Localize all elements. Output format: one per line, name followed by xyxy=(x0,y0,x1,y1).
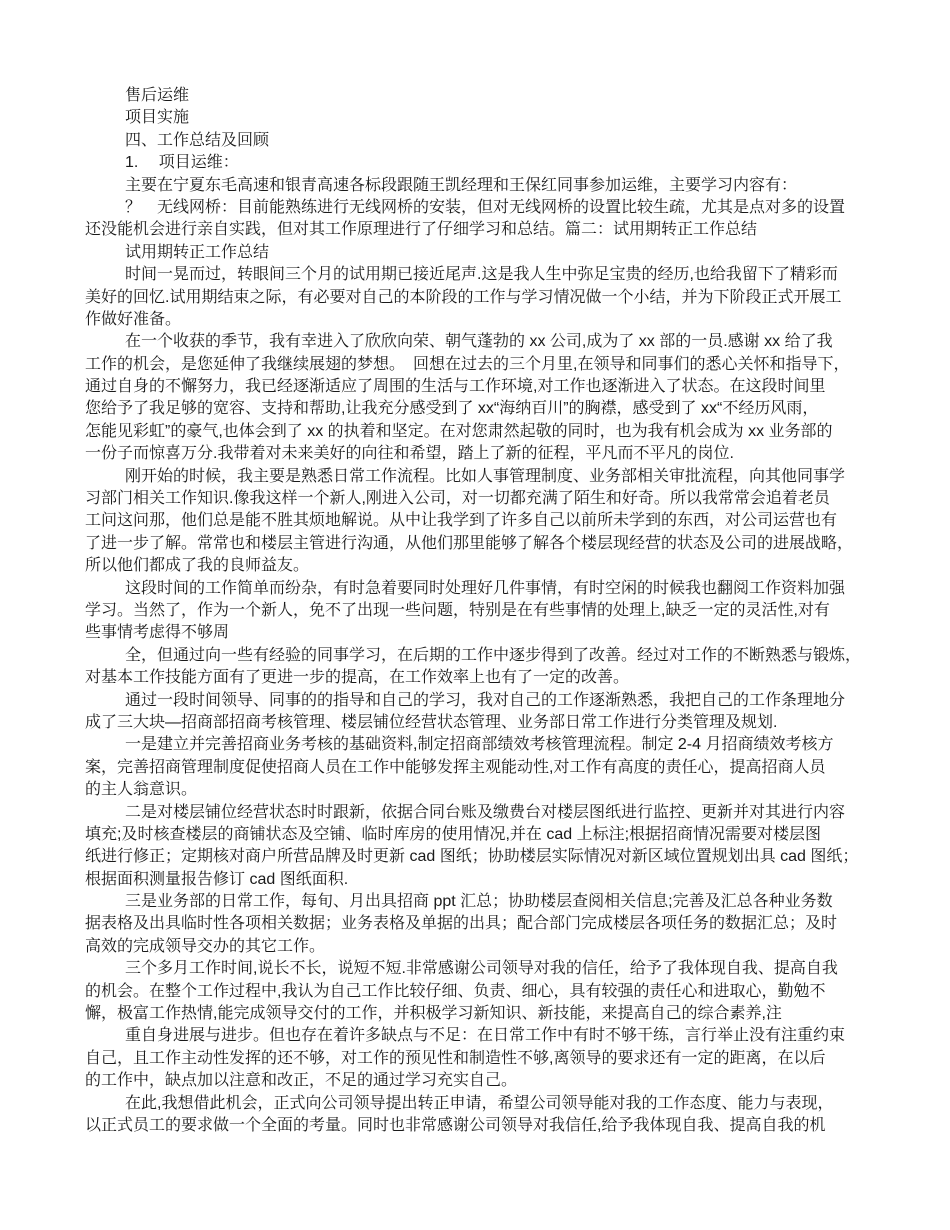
text-line: 1. 项目运维： xyxy=(85,152,885,174)
text-line: 通过一段时间领导、同事的的指导和自己的学习，我对自己的工作逐渐熟悉，我把自己的工… xyxy=(85,690,885,712)
text-line: 怎能见彩虹”的豪气,也体会到了 xx 的执着和坚定。在对您肃然起敬的同时，也为我… xyxy=(85,421,885,443)
text-line: 美好的回忆.试用期结束之际，有必要对自己的本阶段的工作与学习情况做一个小结，并为… xyxy=(85,287,885,309)
text-line: 填充;及时核查楼层的商铺状态及空铺、临时库房的使用情况,并在 cad 上标注;根… xyxy=(85,824,885,846)
text-line: 通过自身的不懈努力，我已经逐渐适应了周围的生活与工作环境,对工作也逐渐进入了状态… xyxy=(85,376,885,398)
text-line: 的主人翁意识。 xyxy=(85,779,885,801)
text-line: 时间一晃而过，转眼间三个月的试用期已接近尾声.这是我人生中弥足宝贵的经历,也给我… xyxy=(85,264,885,286)
text-line: 还没能机会进行亲自实践，但对其工作原理进行了仔细学习和总结。篇二：试用期转正工作… xyxy=(85,219,885,241)
text-line: ？ 无线网桥：目前能熟练进行无线网桥的安装，但对无线网桥的设置比较生疏，尤其是点… xyxy=(85,197,885,219)
text-line: 试用期转正工作总结 xyxy=(85,242,885,264)
text-line: 作做好准备。 xyxy=(85,309,885,331)
text-line: 一是建立并完善招商业务考核的基础资料,制定招商部绩效考核管理流程。制定 2-4 … xyxy=(85,734,885,756)
text-line: 纸进行修正；定期核对商户所营品牌及时更新 cad 图纸；协助楼层实际情况对新区域… xyxy=(85,846,885,868)
text-line: 的机会。在整个工作过程中,我认为自己工作比较仔细、负责、细心，具有较强的责任心和… xyxy=(85,981,885,1003)
text-line: 根据面积测量报告修订 cad 图纸面积. xyxy=(85,869,885,891)
text-line: 对基本工作技能方面有了更进一步的提高，在工作效率上也有了一定的改善。 xyxy=(85,667,885,689)
text-line: 自己，且工作主动性发挥的还不够，对工作的预见性和制造性不够,离领导的要求还有一定… xyxy=(85,1048,885,1070)
document-page: 售后运维项目实施四、工作总结及回顾1. 项目运维：主要在宁夏东毛高速和银青高速各… xyxy=(0,0,950,1230)
text-line: 以正式员工的要求做一个全面的考量。同时也非常感谢公司领导对我信任,给予我体现自我… xyxy=(85,1115,885,1137)
text-line: 四、工作总结及回顾 xyxy=(85,130,885,152)
text-line: 在此,我想借此机会，正式向公司领导提出转正申请，希望公司领导能对我的工作态度、能… xyxy=(85,1093,885,1115)
text-line: 成了三大块—招商部招商考核管理、楼层铺位经营状态管理、业务部日常工作进行分类管理… xyxy=(85,712,885,734)
text-line: 这段时间的工作简单而纷杂，有时急着要同时处理好几件事情，有时空闲的时候我也翻阅工… xyxy=(85,578,885,600)
text-line: 工问这问那，他们总是能不胜其烦地解说。从中让我学到了许多自己以前所未学到的东西，… xyxy=(85,510,885,532)
text-line: 三个多月工作时间,说长不长，说短不短.非常感谢公司领导对我的信任，给予了我体现自… xyxy=(85,958,885,980)
text-line: 主要在宁夏东毛高速和银青高速各标段跟随王凯经理和王保红同事参加运维，主要学习内容… xyxy=(85,175,885,197)
document-lines: 售后运维项目实施四、工作总结及回顾1. 项目运维：主要在宁夏东毛高速和银青高速各… xyxy=(85,85,885,1137)
text-line: 刚开始的时候，我主要是熟悉日常工作流程。比如人事管理制度、业务部相关审批流程，向… xyxy=(85,466,885,488)
text-line: 工作的机会，是您延伸了我继续展翅的梦想。 回想在过去的三个月里,在领导和同事们的… xyxy=(85,354,885,376)
text-line: 全，但通过向一些有经验的同事学习，在后期的工作中逐步得到了改善。经过对工作的不断… xyxy=(85,645,885,667)
text-line: 了进一步了解。常常也和楼层主管进行沟通，从他们那里能够了解各个楼层现经营的状态及… xyxy=(85,533,885,555)
text-line: 重自身进展与进步。但也存在着许多缺点与不足：在日常工作中有时不够干练，言行举止没… xyxy=(85,1025,885,1047)
text-line: 高效的完成领导交办的其它工作。 xyxy=(85,936,885,958)
text-line: 所以他们都成了我的良师益友。 xyxy=(85,555,885,577)
text-line: 一份子而惊喜万分.我带着对未来美好的向往和希望，踏上了新的征程，平凡而不平凡的岗… xyxy=(85,443,885,465)
text-line: 在一个收获的季节，我有幸进入了欣欣向荣、朝气蓬勃的 xx 公司,成为了 xx 部… xyxy=(85,331,885,353)
text-line: 些事情考虑得不够周 xyxy=(85,622,885,644)
text-line: 据表格及出具临时性各项相关数据；业务表格及单据的出具；配合部门完成楼层各项任务的… xyxy=(85,913,885,935)
text-line: 的工作中，缺点加以注意和改正，不足的通过学习充实自己。 xyxy=(85,1070,885,1092)
text-line: 您给予了我足够的宽容、支持和帮助,让我充分感受到了 xx“海纳百川”的胸襟，感受… xyxy=(85,398,885,420)
text-line: 学习。当然了，作为一个新人，免不了出现一些问题，特别是在有些事情的处理上,缺乏一… xyxy=(85,600,885,622)
text-line: 售后运维 xyxy=(85,85,885,107)
text-line: 二是对楼层铺位经营状态时时跟新，依据合同台账及缴费台对楼层图纸进行监控、更新并对… xyxy=(85,802,885,824)
text-line: 懈，极富工作热情,能完成领导交付的工作，并积极学习新知识、新技能，来提高自己的综… xyxy=(85,1003,885,1025)
text-line: 项目实施 xyxy=(85,107,885,129)
text-line: 三是业务部的日常工作，每旬、月出具招商 ppt 汇总；协助楼层查阅相关信息;完善… xyxy=(85,891,885,913)
text-line: 习部门相关工作知识.像我这样一个新人,刚进入公司，对一切都充满了陌生和好奇。所以… xyxy=(85,488,885,510)
document-body: 售后运维项目实施四、工作总结及回顾1. 项目运维：主要在宁夏东毛高速和银青高速各… xyxy=(85,85,885,1137)
text-line: 案，完善招商管理制度促使招商人员在工作中能够发挥主观能动性,对工作有高度的责任心… xyxy=(85,757,885,779)
